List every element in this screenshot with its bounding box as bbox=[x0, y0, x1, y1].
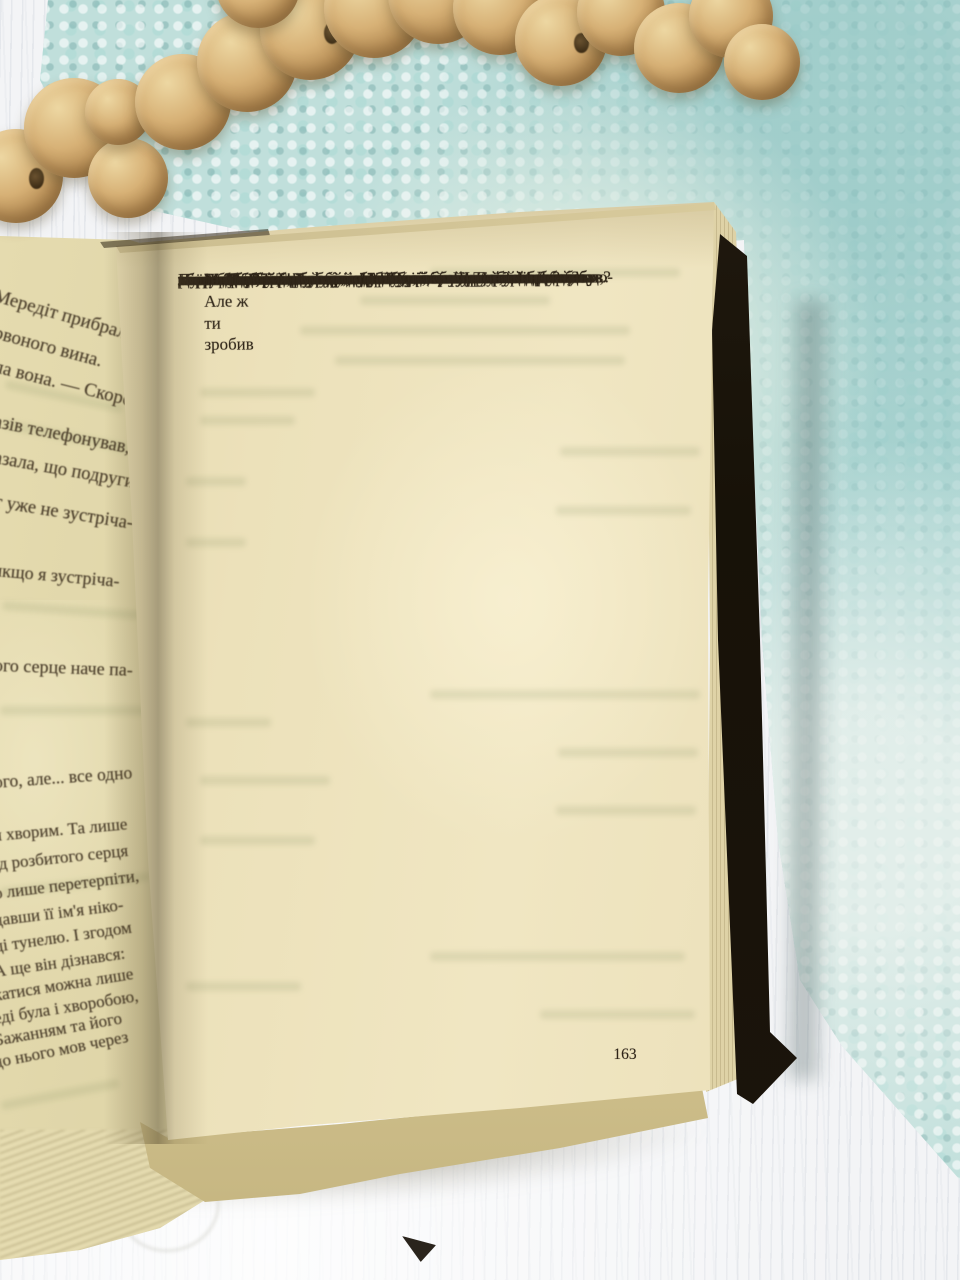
book-photo: Мередіт прибраларвоного вина.ла вона. — … bbox=[0, 0, 960, 1280]
bead-hole bbox=[29, 168, 44, 189]
wooden-bead-garland bbox=[0, 0, 960, 1280]
wooden-bead bbox=[88, 138, 168, 218]
wooden-bead bbox=[724, 24, 800, 100]
